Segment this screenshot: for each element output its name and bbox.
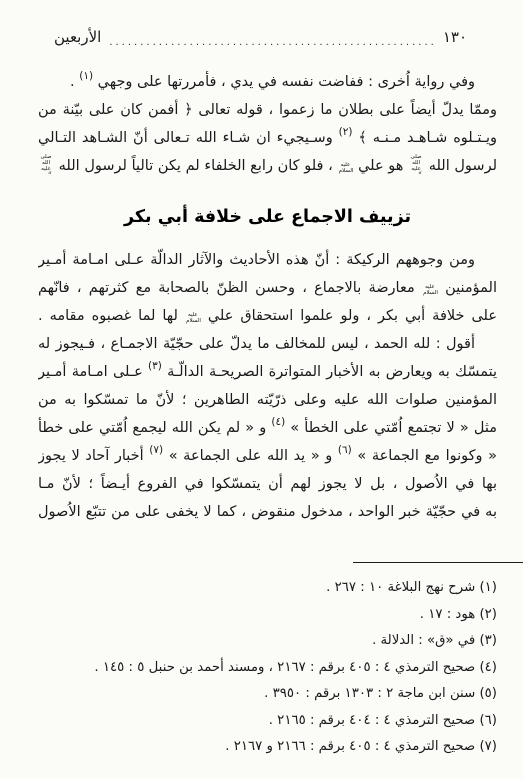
book-page: الأربعين ...............................… <box>0 0 523 779</box>
footnote-ref: (٦) <box>338 444 352 456</box>
footnote-line: (٢) هود : ١٧ . <box>38 602 497 629</box>
footnote-ref: (٣) <box>148 360 162 372</box>
text-segment: ، فلو كان رابع الخلفاء لم يكن تالياً لرس… <box>54 158 337 174</box>
text-segment: وسـيجيء ان شـاء الله تـعالى أنّ الشـاهد … <box>38 130 339 146</box>
honorific-mark: عليه السلام <box>422 284 438 296</box>
page-number: ١٣٠ <box>443 28 467 46</box>
text-segment: يتمسّك به ويعارض به الأخبار المتواترة ال… <box>162 364 497 380</box>
footnote-separator <box>353 562 523 563</box>
running-header: الأربعين ...............................… <box>54 28 467 50</box>
footnote-line: (٤) صحيح الترمذي ٤ : ٤٠٥ برقم : ٢١٦٧ ، و… <box>38 655 497 682</box>
body-text-line: به في حجّيّة خبر الواحد ، مدخول منقوض ، … <box>38 498 497 526</box>
text-segment: بها في الاُصول ، بل لا يجوز لهم أن يتمسّ… <box>38 476 497 498</box>
body-text-line: ويـتـلوه شـاهـد مـنـه ﴾ (٢) وسـيجيء ان ش… <box>38 124 497 152</box>
honorific-mark: عليه السلام <box>185 312 201 324</box>
text-segment: لها لما غصبوه مقامه . <box>38 308 185 324</box>
text-segment: المؤمنين صلوات الله عليه وعلى ذرّيّته ال… <box>38 392 497 414</box>
body-text-line: يتمسّك به ويعارض به الأخبار المتواترة ال… <box>38 358 497 386</box>
body-text-line: أقول : لله الحمد ، ليس للمخالف ما يدلّ ع… <box>38 330 497 358</box>
text-segment: المؤمنين <box>438 280 497 296</box>
text-segment: ويـتـلوه شـاهـد مـنـه ﴾ <box>352 130 497 146</box>
body-text-line: وفي رواية اُخرى : ففاضت نفسه في يدي ، فأ… <box>38 68 497 96</box>
body-text-line: « وكونوا مع الجماعة » (٦) و « يد الله عل… <box>38 442 497 470</box>
footnote-ref: (٢) <box>339 126 353 138</box>
text-segment: عـلى امـامة أمـير <box>38 364 148 380</box>
footnote-line: (٥) سنن ابن ماجة ٢ : ١٣٠٣ برقم : ٣٩٥٠ . <box>38 681 497 708</box>
body-text-line: ومن وجوههم الركيكة : أنّ هذه الأحاديث وا… <box>38 246 497 274</box>
footnotes-list: (١) شرح نهج البلاغة ١٠ : ٢٦٧ .(٢) هود : … <box>38 575 497 761</box>
text-segment: مثل « لا تجتمع اُمّتي على الخطأ » <box>285 420 497 436</box>
honorific-mark: عليه السلام <box>337 162 353 174</box>
body-text-line: لرسول الله صلى الله عليه وآله هو علي علي… <box>38 152 497 180</box>
footnote-line: (٣) في «ق» : الدلالة . <box>38 628 497 655</box>
footnote-line: (٦) صحيح الترمذي ٤ : ٤٠٤ برقم : ٢١٦٥ . <box>38 708 497 735</box>
text-segment: ومن وجوههم الركيكة : أنّ هذه الأحاديث وا… <box>38 252 475 268</box>
body-text-line: على خلافة أبي بكر ، ولو علموا استحقاق عل… <box>38 302 497 330</box>
dot-leader: ........................................… <box>109 37 435 50</box>
footnote-line: (١) شرح نهج البلاغة ١٠ : ٢٦٧ . <box>38 575 497 602</box>
body-text-line: بها في الاُصول ، بل لا يجوز لهم أن يتمسّ… <box>38 470 497 498</box>
text-segment: وفي رواية اُخرى : ففاضت نفسه في يدي ، فأ… <box>93 74 475 90</box>
footnote-line: (٧) صحيح الترمذي ٤ : ٤٠٥ برقم : ٢١٦٦ و ٢… <box>38 734 497 761</box>
footnote-ref: (٤) <box>271 416 285 428</box>
body-text-line: المؤمنين عليه السلام معارضة بالاجماع ، و… <box>38 274 497 302</box>
text-segment: « وكونوا مع الجماعة » <box>352 448 497 464</box>
text-segment: أقول : لله الحمد ، ليس للمخالف ما يدلّ ع… <box>38 336 475 358</box>
text-segment: على خلافة أبي بكر ، ولو علموا استحقاق عل… <box>201 308 497 324</box>
text-segment: و « يد الله على الجماعة » <box>163 448 338 464</box>
text-segment: وممّا يدلّ أيضاً على بطلان ما زعموا ، قو… <box>38 102 497 124</box>
body-text: وفي رواية اُخرى : ففاضت نفسه في يدي ، فأ… <box>38 68 497 526</box>
honorific-mark: صلى الله عليه وآله <box>38 154 54 174</box>
book-title: الأربعين <box>54 28 101 46</box>
section-heading: تزييف الاجماع على خلافة أبي بكر <box>38 204 497 230</box>
footnote-ref: (٧) <box>149 444 163 456</box>
body-text-line: مثل « لا تجتمع اُمّتي على الخطأ » (٤) و … <box>38 414 497 442</box>
text-segment: به في حجّيّة خبر الواحد ، مدخول منقوض ، … <box>38 504 497 526</box>
text-segment: . <box>70 74 79 90</box>
text-segment: لرسول الله <box>424 158 497 174</box>
honorific-mark: صلى الله عليه وآله <box>408 154 424 174</box>
body-text-line: المؤمنين صلوات الله عليه وعلى ذرّيّته ال… <box>38 386 497 414</box>
footnote-ref: (١) <box>79 70 93 82</box>
text-segment: هو علي <box>353 158 408 174</box>
body-text-line: وممّا يدلّ أيضاً على بطلان ما زعموا ، قو… <box>38 96 497 124</box>
